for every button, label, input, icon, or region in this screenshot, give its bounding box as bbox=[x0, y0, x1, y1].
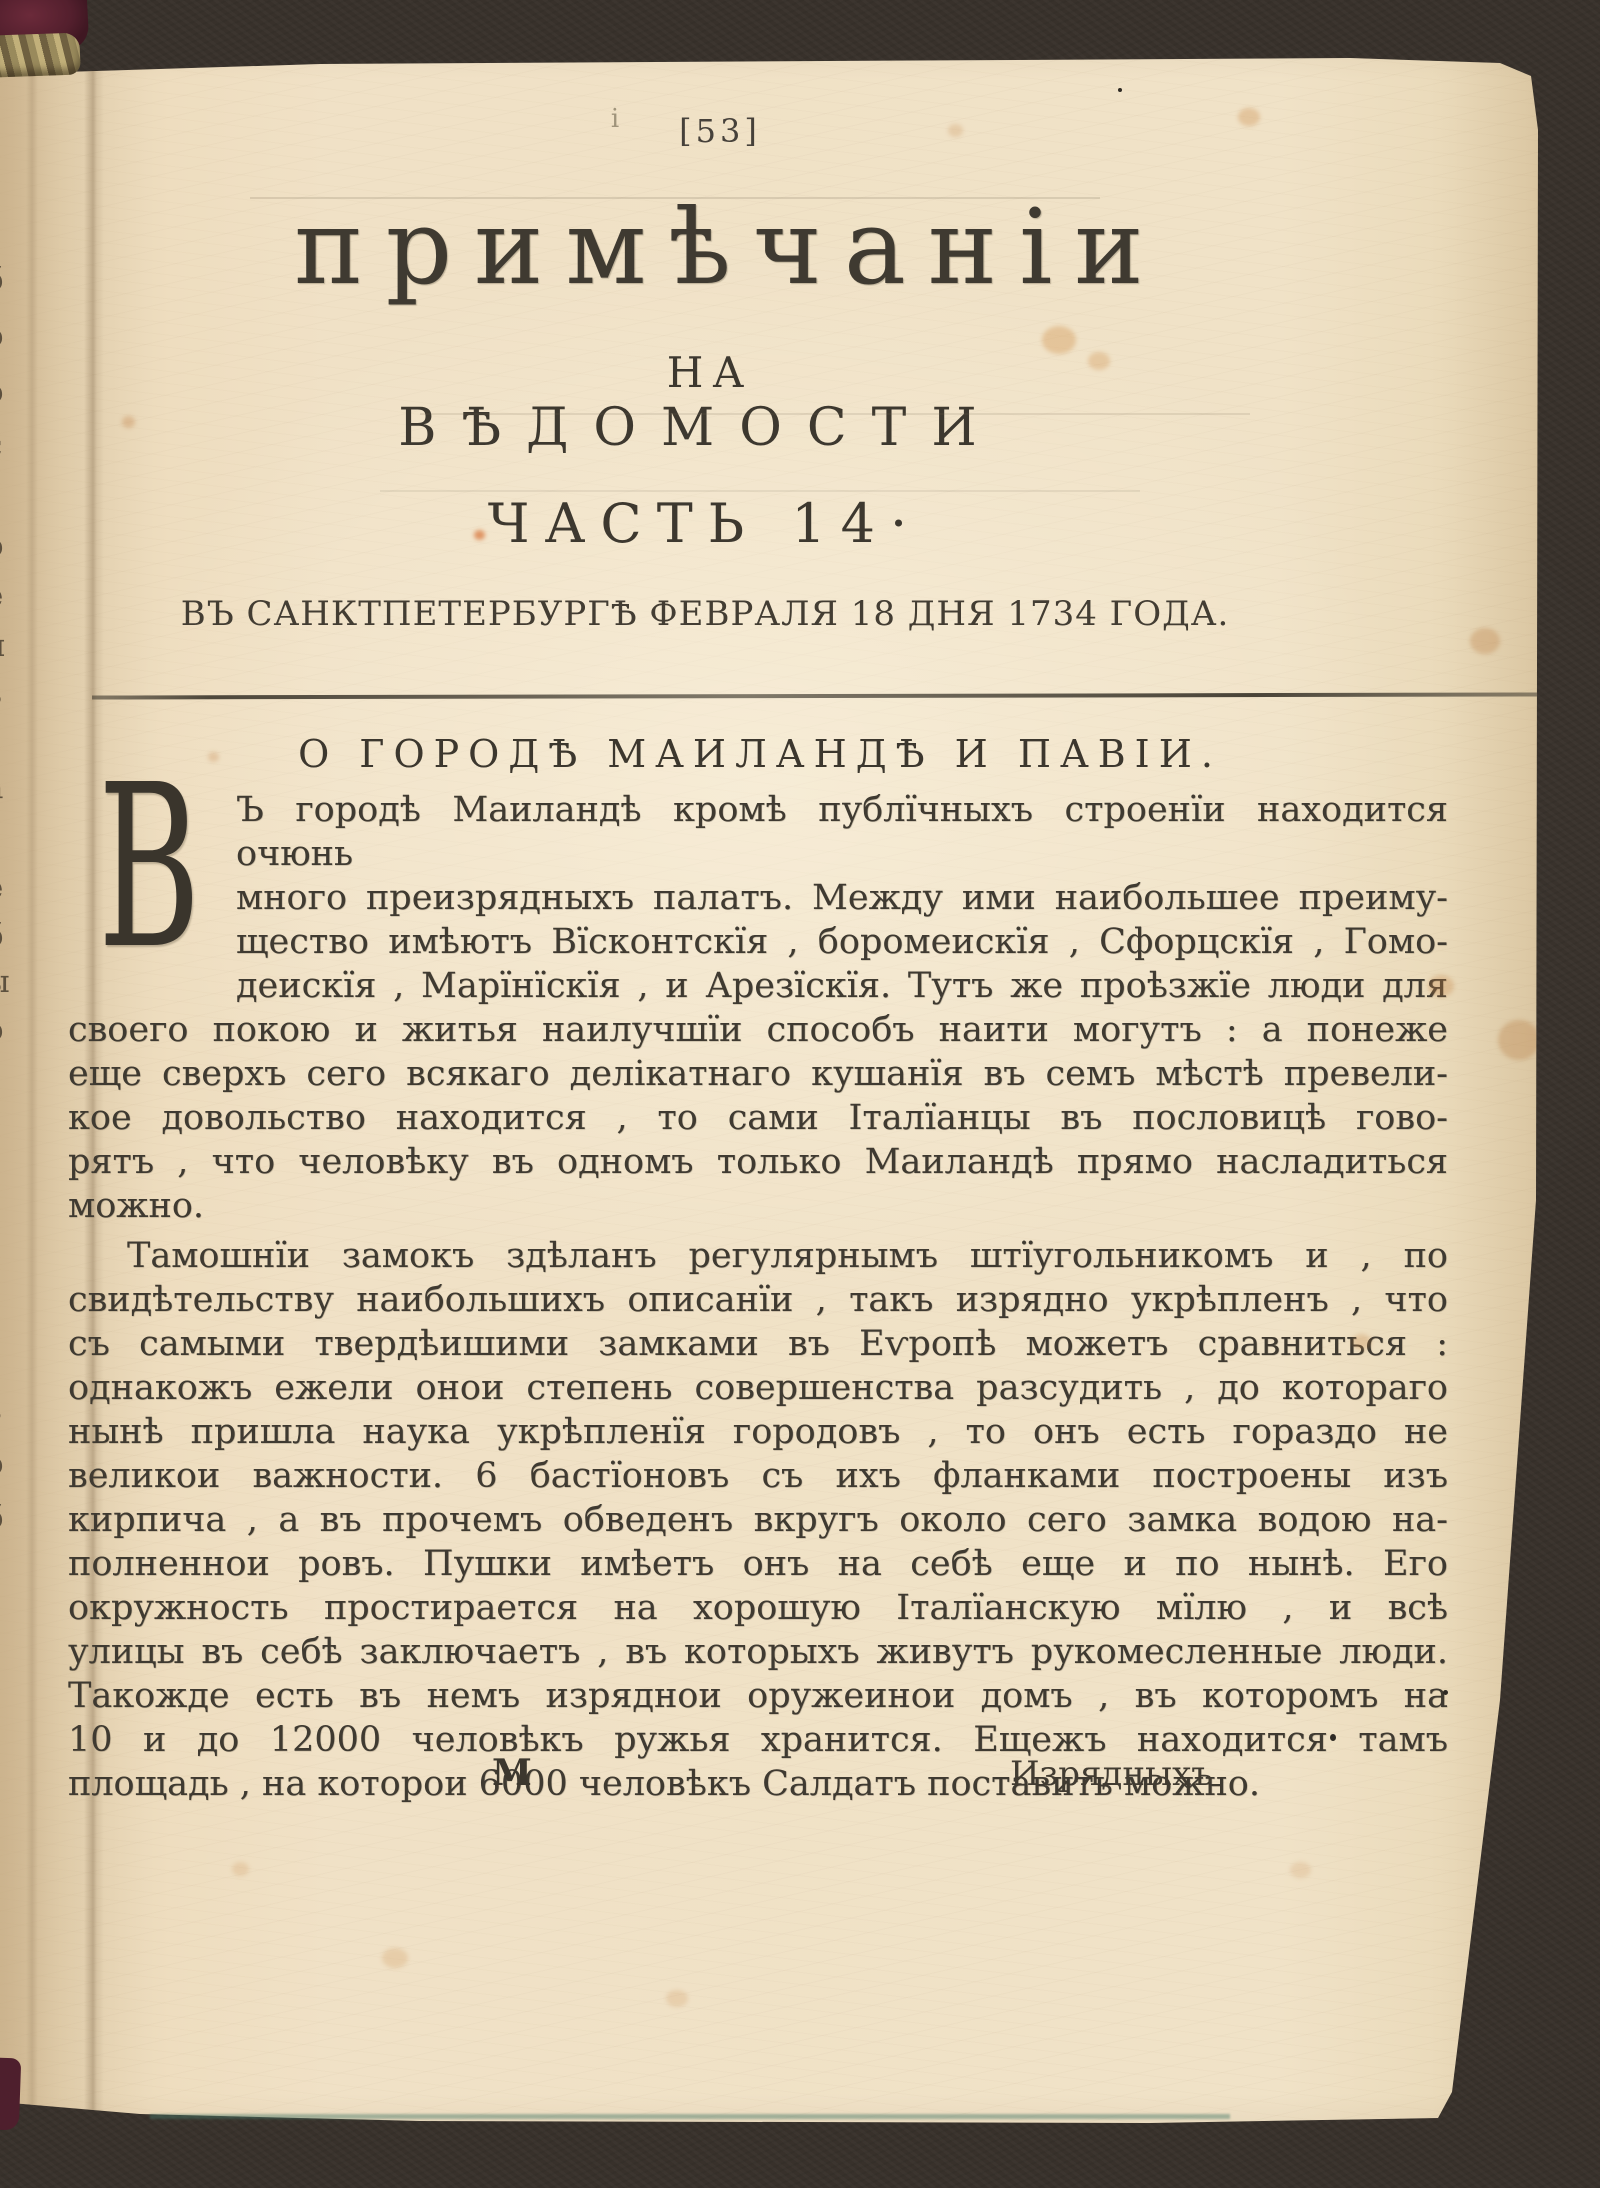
gutter-fragment: е bbox=[0, 870, 3, 906]
text-line: свидѣтельству наибольшихъ описанїи , так… bbox=[68, 1278, 1448, 1322]
text-line: деискїя , Марїнїскїя , и Арезїскїя. Тутъ… bbox=[68, 964, 1448, 1008]
foxing-spot bbox=[948, 124, 963, 137]
spine-fragment-bottom bbox=[0, 2058, 21, 2131]
gutter-fragment: о bbox=[0, 1446, 4, 1482]
text-line: еще сверхъ сего всякаго делікатнаго куша… bbox=[68, 1052, 1448, 1096]
text-line: кирпича , а въ прочемъ обведенъ вкругъ о… bbox=[68, 1498, 1448, 1542]
text-line: Такожде есть въ немъ изряднои оружеинои … bbox=[68, 1674, 1448, 1718]
foxing-spot bbox=[1498, 1020, 1540, 1060]
headband bbox=[0, 33, 81, 78]
foxing-spot bbox=[1470, 628, 1500, 654]
imprint-line: ВЪ САНКТПЕТЕРБУРГѢ ФЕВРАЛЯ 18 ДНЯ 1734 Г… bbox=[0, 594, 1410, 634]
text-line: щество имѣютъ Вїсконтскїя , боромеискїя … bbox=[68, 920, 1448, 964]
article-heading: О ГОРОДѢ МАИЛАНДѢ И ПАВІИ. bbox=[60, 732, 1460, 776]
gutter-fragment: а bbox=[0, 770, 3, 806]
ink-speck bbox=[1118, 88, 1122, 92]
foxing-spot bbox=[382, 1948, 408, 1968]
signature-mark: М bbox=[492, 1752, 532, 1794]
text-line: улицы въ себѣ заключаетъ , въ которыхъ ж… bbox=[68, 1630, 1448, 1674]
text-line: полненнои ровъ. Пушки имѣетъ онъ на себѣ… bbox=[68, 1542, 1448, 1586]
text-line: Тамошнїи замокъ здѣланъ регулярнымъ штїу… bbox=[68, 1234, 1448, 1278]
gutter-fragment: б bbox=[0, 1500, 4, 1536]
foxing-spot bbox=[232, 1862, 249, 1876]
text-line: можно. bbox=[68, 1184, 1448, 1228]
divider-rule bbox=[92, 692, 1544, 699]
foxing-spot bbox=[1238, 108, 1260, 126]
text-line: однакожъ ежели онои степень совершенства… bbox=[68, 1366, 1448, 1410]
text-line: площадь , на которои 6000 человѣкъ Салда… bbox=[68, 1762, 1448, 1806]
paragraph-2: Тамошнїи замокъ здѣланъ регулярнымъ штїу… bbox=[68, 1234, 1448, 1806]
text-line: своего покою и житья наилучшїи способъ н… bbox=[68, 1008, 1448, 1052]
gutter-fragment: б bbox=[0, 918, 4, 954]
catchword: Изрядныхъ bbox=[1010, 1754, 1200, 1794]
foxing-spot bbox=[666, 1990, 688, 2007]
masthead-na: НА bbox=[0, 348, 1420, 397]
text-line: рятъ , что человѣку въ одномъ только Маи… bbox=[68, 1140, 1448, 1184]
text-line: Ъ городѣ Маиландѣ кромѣ публїчныхъ строе… bbox=[68, 788, 1448, 876]
text-line: великои важности. 6 бастїоновъ съ ихъ фл… bbox=[68, 1454, 1448, 1498]
paragraph-1: Ъ городѣ Маиландѣ кромѣ публїчныхъ строе… bbox=[68, 788, 1448, 1228]
gutter-fragment: о bbox=[0, 1012, 4, 1048]
masthead-part-number: ЧАСТЬ 14· bbox=[0, 492, 1410, 555]
gutter-fragment: б bbox=[0, 262, 4, 298]
text-line: много преизрядныхъ палатъ. Между ими наи… bbox=[68, 876, 1448, 920]
text-line: нынѣ пришла наука укрѣпленїя городовъ , … bbox=[68, 1410, 1448, 1454]
gutter-fragment: з bbox=[0, 1392, 2, 1428]
gutter-text-fragments: боос,оеиь)а(ебыо:зоб. bbox=[0, 0, 26, 2188]
book-page: боос,оеиь)а(ебыо:зоб. i [53] примѣчаніи … bbox=[0, 0, 1600, 2188]
text-line: съ самыми твердѣишими замками въ Еѵропѣ … bbox=[68, 1322, 1448, 1366]
scanner-teal-edge-line bbox=[150, 2114, 1230, 2119]
text-line: 10 и до 12000 человѣкъ ружья хранится. Е… bbox=[68, 1718, 1448, 1762]
gutter-fragment: ы bbox=[0, 964, 10, 1000]
masthead-title: примѣчаніи bbox=[20, 186, 1440, 308]
page-number: [53] bbox=[620, 112, 820, 150]
foxing-spot bbox=[1290, 1862, 1311, 1878]
text-line: окружность простирается на хорошую Італї… bbox=[68, 1586, 1448, 1630]
gutter-fragment: ь bbox=[0, 676, 2, 712]
article-body: В Ъ городѣ Маиландѣ кромѣ публїчныхъ стр… bbox=[68, 788, 1448, 1806]
text-line: кое довольство находится , то сами Італї… bbox=[68, 1096, 1448, 1140]
masthead-vedomosti: ВѢДОМОСТИ bbox=[0, 398, 1400, 458]
drop-cap: В bbox=[98, 756, 201, 981]
